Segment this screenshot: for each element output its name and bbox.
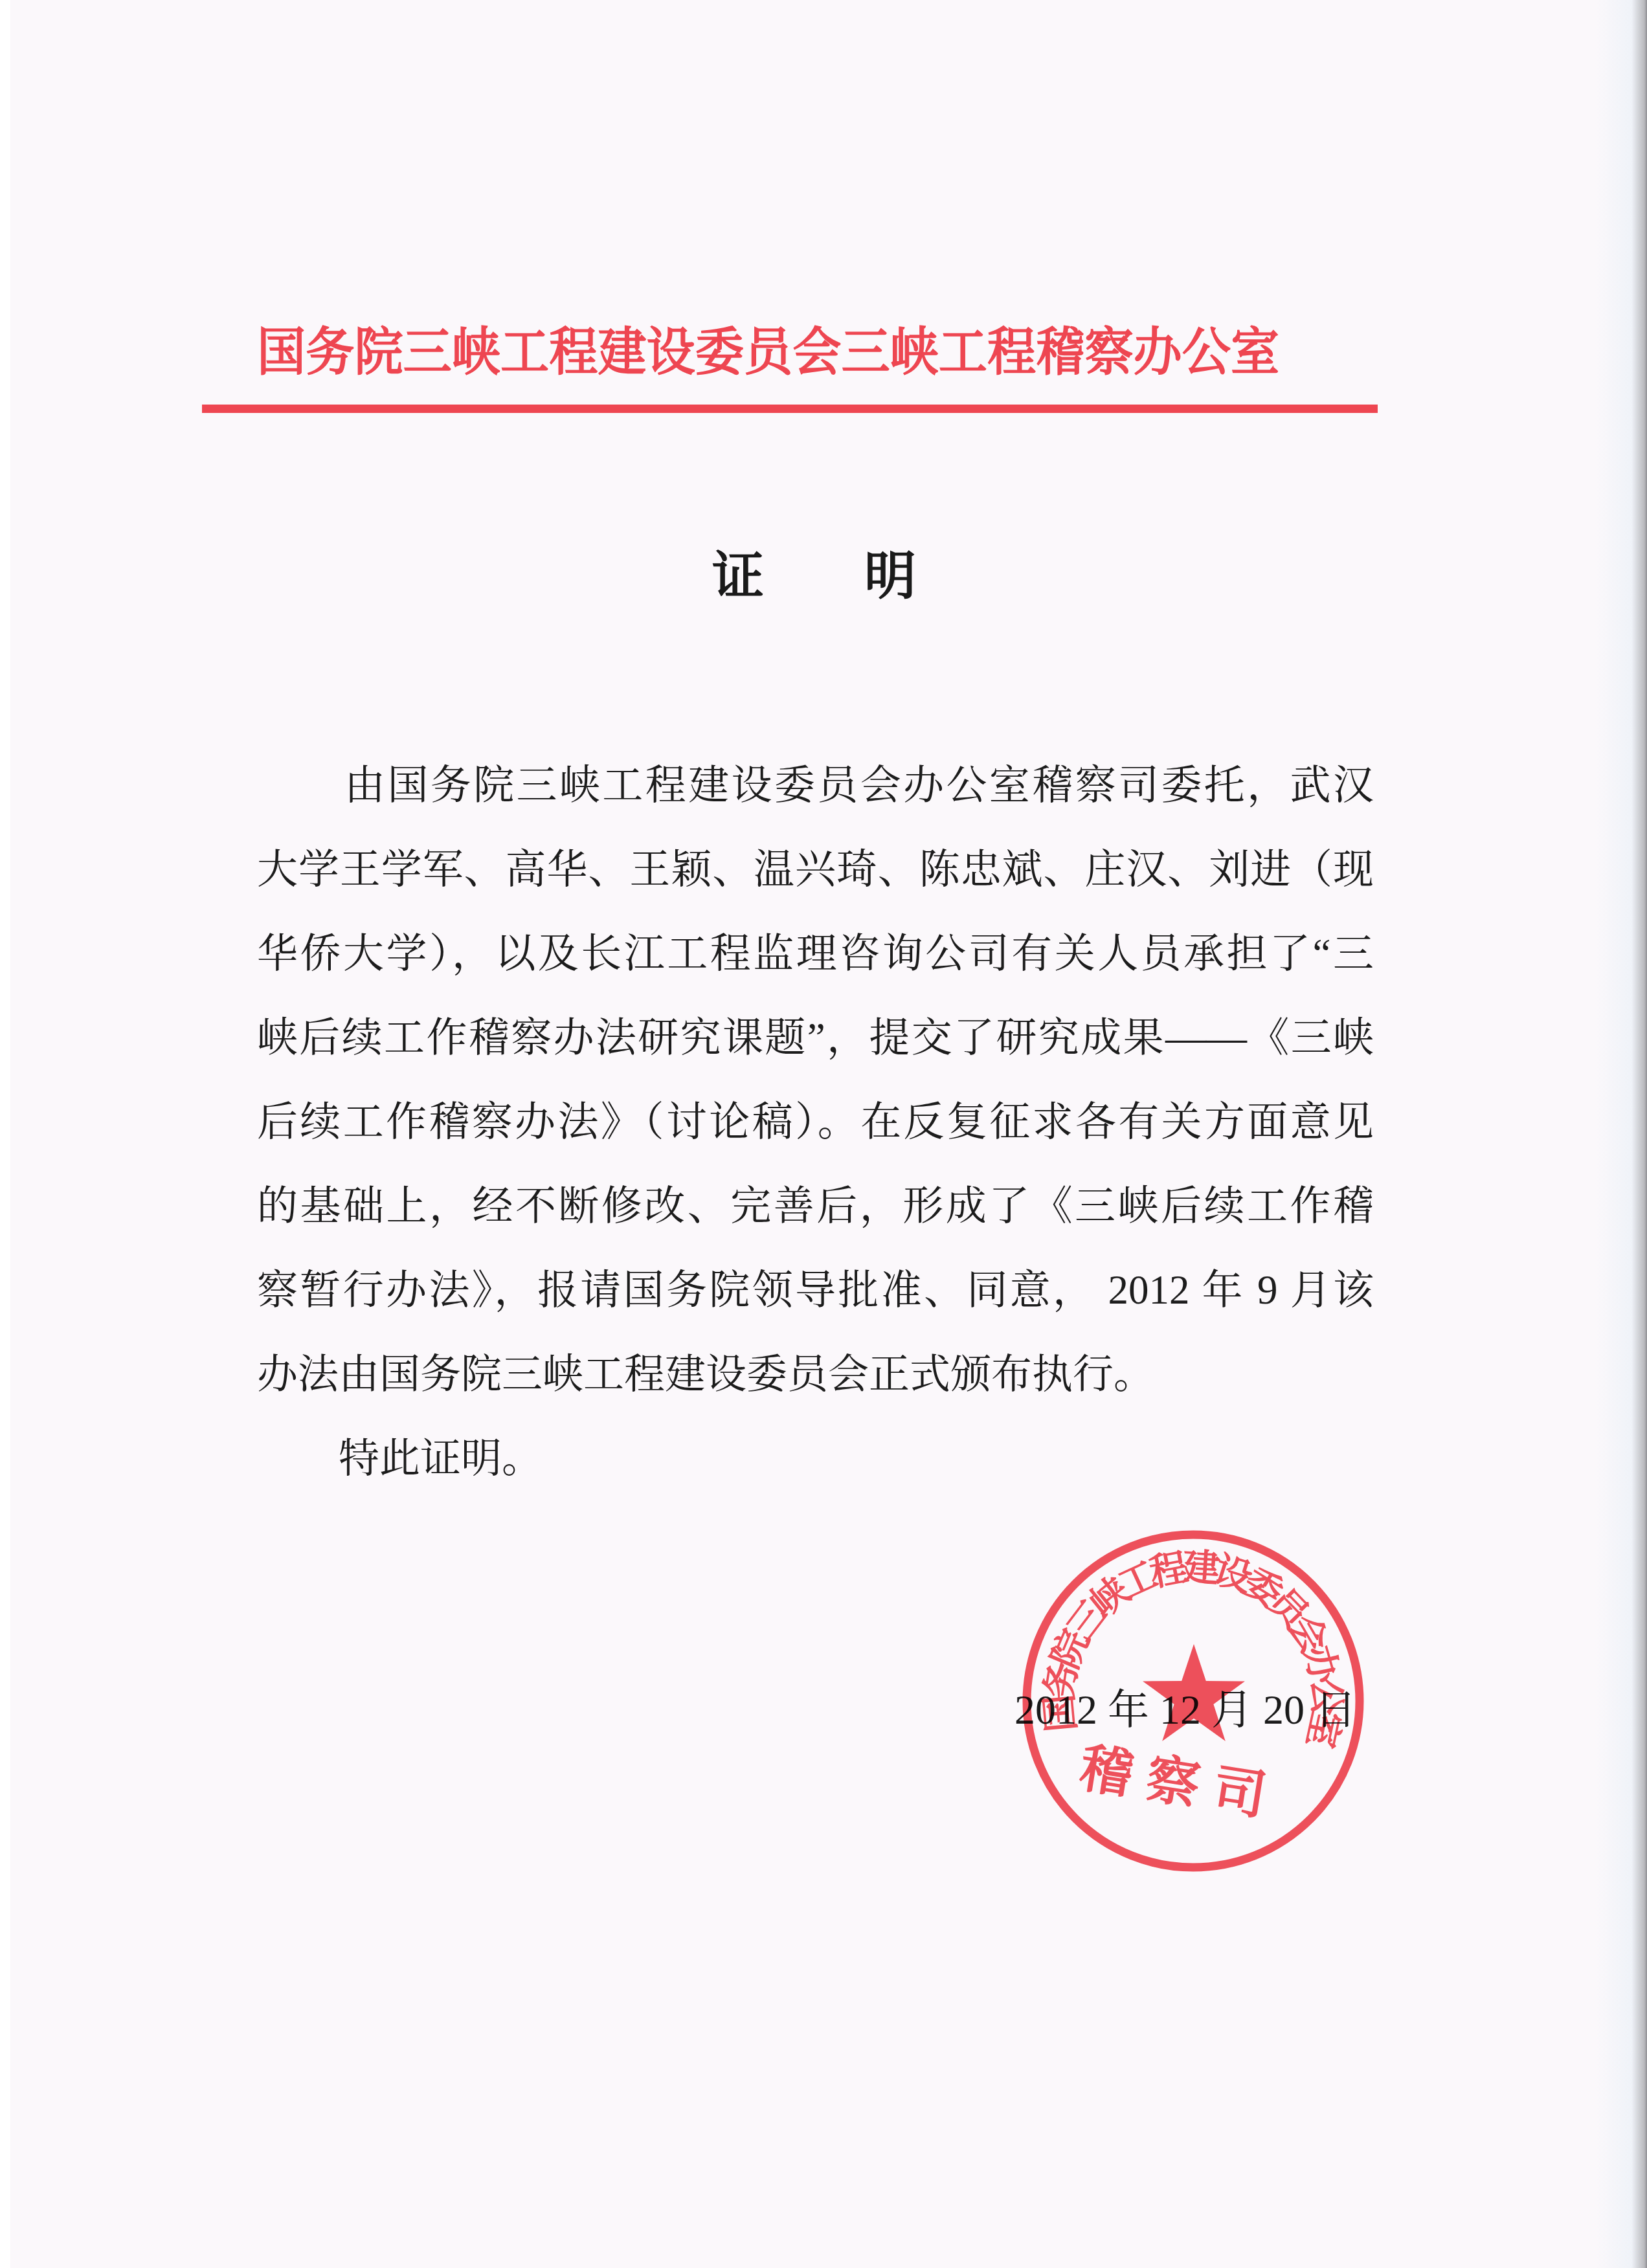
body-line-1: 由国务院三峡工程建设委员会办公室稽察司委托，武汉 [344, 743, 1374, 827]
body-line-6: 的基础上，经不断修改、完善后，形成了《三峡后续工作稽 [257, 1164, 1374, 1248]
closing-statement: 特此证明。 [339, 1416, 1374, 1500]
body-line-2: 大学王学军、高华、王颖、温兴琦、陈忠斌、庄汉、刘进（现 [257, 827, 1374, 911]
scan-edge-left [0, 0, 10, 2268]
document-title: 证明 [712, 549, 1016, 603]
body-paragraph: 由国务院三峡工程建设委员会办公室稽察司委托，武汉 大学王学军、高华、王颖、温兴琦… [257, 743, 1374, 1500]
body-line-8: 办法由国务院三峡工程建设委员会正式颁布执行。 [257, 1332, 1374, 1416]
official-seal: 国务院三峡工程建设委员会办公室 稽察司 [1022, 1529, 1365, 1873]
body-line-7: 察暂行办法》，报请国务院领导批准、同意， 2012 年 9 月该 [257, 1248, 1374, 1332]
body-line-3: 华侨大学），以及长江工程监理咨询公司有关人员承担了“三 [257, 911, 1374, 995]
body-line-4: 峡后续工作稽察办法研究课题”，提交了研究成果——《三峡 [257, 995, 1374, 1080]
letterhead-org-name: 国务院三峡工程建设委员会三峡工程稽察办公室 [257, 324, 1279, 379]
star-icon [1143, 1644, 1245, 1741]
seal-department-name: 稽察司 [1075, 1737, 1284, 1830]
scan-edge-right-shadow [1595, 0, 1647, 2268]
letterhead-red-rule [202, 405, 1378, 413]
body-line-5: 后续工作稽察办法》（讨论稿）。在反复征求各有关方面意见 [257, 1080, 1374, 1164]
